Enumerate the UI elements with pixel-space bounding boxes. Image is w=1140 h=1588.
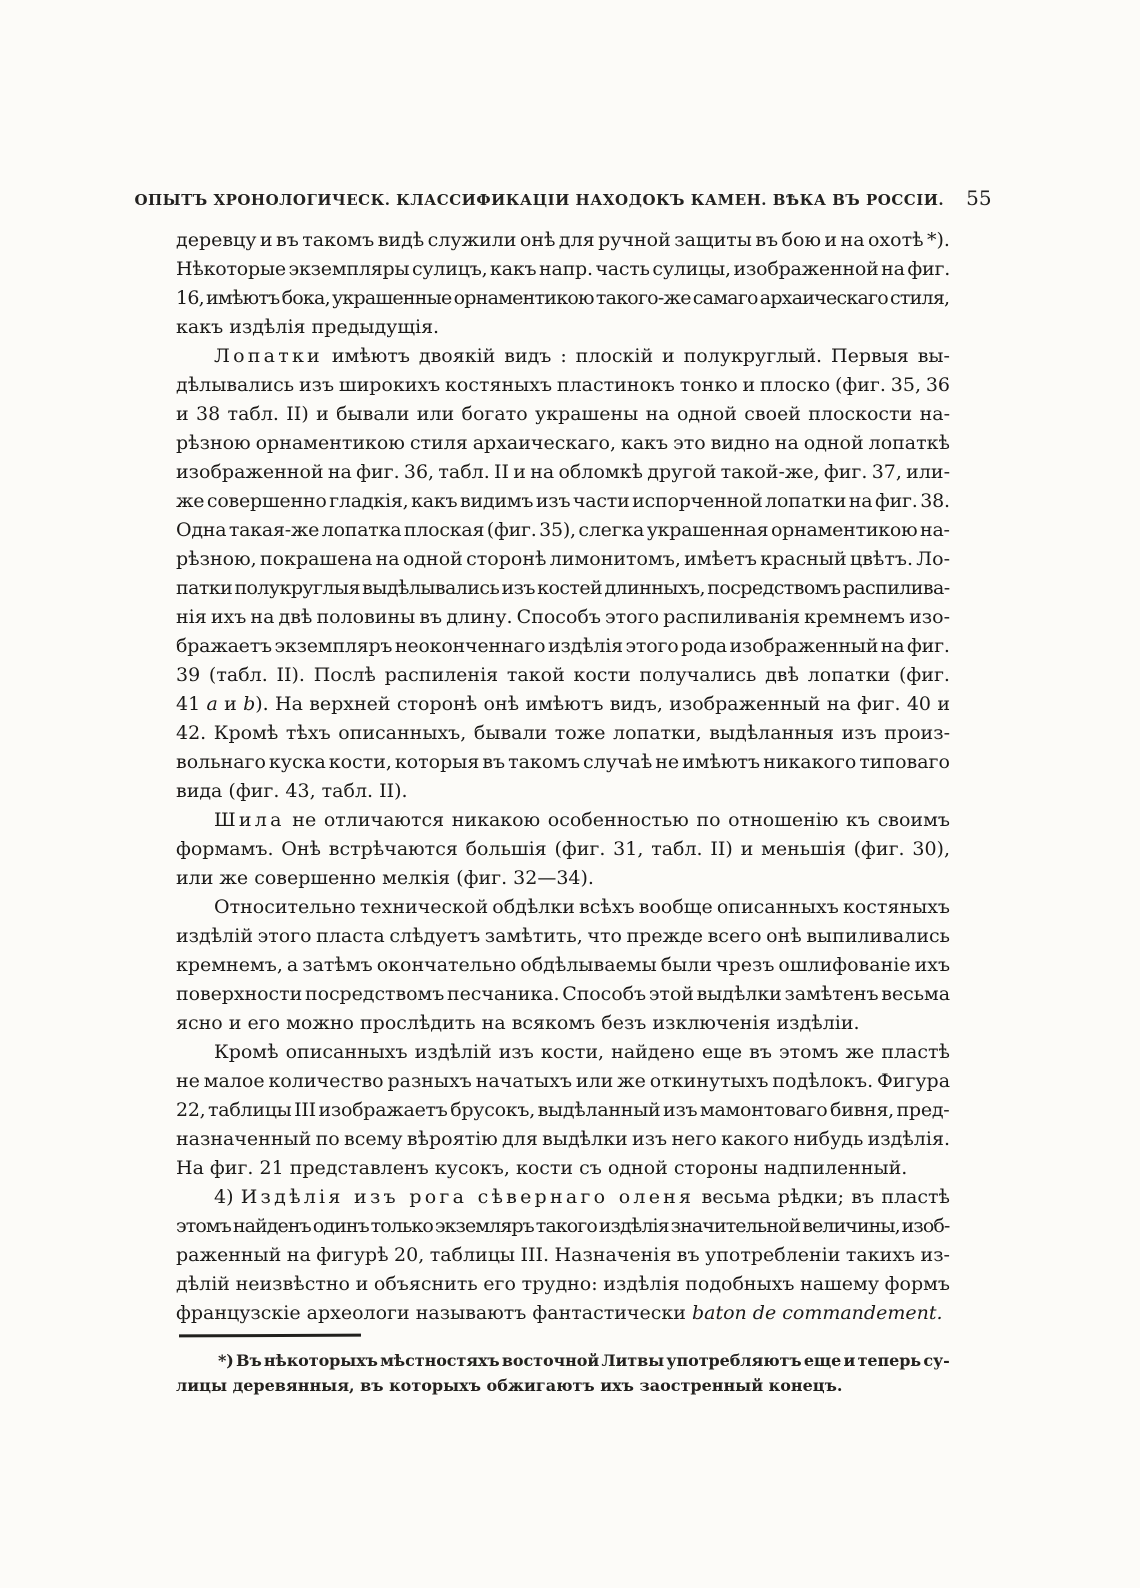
text-segment: *) Въ нѣкоторыхъ мѣстностяхъ восточной Л… <box>218 1351 950 1370</box>
text-segment: Нѣкоторые экземпляры сулицъ, какъ напр. … <box>176 258 950 280</box>
text-line: и 38 табл. II) и бывали или богато украш… <box>176 400 950 429</box>
italic-text: baton de commandement. <box>692 1302 943 1324</box>
text-line: ясно и его можно прослѣдить на всякомъ б… <box>176 1009 950 1038</box>
text-line-content: 22, таблицы III изображаетъ брусокъ, выд… <box>176 1099 949 1121</box>
text-segment: формамъ. Онѣ встрѣчаются большія (фиг. 3… <box>176 838 950 860</box>
text-line-content: деревцу и въ такомъ видѣ служили онѣ для… <box>176 229 950 251</box>
text-segment: же совершенно гладкія, какъ видимъ изъ ч… <box>176 490 950 512</box>
text-line-content: нія ихъ на двѣ половины въ длину. Способ… <box>176 606 950 628</box>
footnote-separator-rule <box>179 1334 361 1338</box>
text-line: 39 (табл. II). Послѣ распиленія такой ко… <box>176 661 950 690</box>
text-segment: вольнаго куска кости, которыя въ такомъ … <box>176 751 950 773</box>
text-segment: весьма рѣдки; въ пластѣ <box>694 1186 950 1208</box>
text-segment: поверхности посредствомъ песчаника. Спос… <box>176 983 950 1005</box>
text-segment: рѣзною орнаментикою стиля архаическаго, … <box>176 432 950 454</box>
text-line: кремнемъ, а затѣмъ окончательно обдѣлыва… <box>176 951 950 980</box>
text-line-content: Лопатки имѣютъ двоякій видъ : плоскій и … <box>214 345 950 367</box>
text-line: дѣлывались изъ широкихъ костяныхъ пласти… <box>176 371 950 400</box>
paragraph: *) Въ нѣкоторыхъ мѣстностяхъ восточной Л… <box>176 1348 950 1398</box>
text-line: 42. Кромѣ тѣхъ описанныхъ, бывали тоже л… <box>176 719 950 748</box>
text-line-content: вида (фиг. 43, табл. II). <box>176 780 408 802</box>
text-line-content: 41 a и b). На верхней сторонѣ онѣ имѣютъ… <box>176 693 950 715</box>
text-line: Относительно технической обдѣлки всѣхъ в… <box>176 893 950 922</box>
paragraph: Шила не отличаются никакою особенностью … <box>176 806 950 893</box>
text-line-content: раженный на фигурѣ 20, таблицы III. Назн… <box>176 1244 950 1266</box>
text-line-content: поверхности посредствомъ песчаника. Спос… <box>176 983 950 1005</box>
text-line: дѣлій неизвѣстно и объяснить его трудно:… <box>176 1270 950 1299</box>
text-segment: изображенной на фиг. 36, табл. II и на о… <box>176 461 950 483</box>
text-line-content: формамъ. Онѣ встрѣчаются большія (фиг. 3… <box>176 838 950 860</box>
text-segment: ). На верхней сторонѣ онѣ имѣютъ видъ, и… <box>255 693 950 715</box>
running-header: ОПЫТЪ ХРОНОЛОГИЧЕСК. КЛАССИФИКАЦІИ НАХОД… <box>176 186 950 210</box>
text-line: патки полукруглыя выдѣлывались изъ косте… <box>176 574 950 603</box>
text-line-content: этомъ найденъ одинъ только экземляръ так… <box>176 1215 949 1237</box>
text-line: же совершенно гладкія, какъ видимъ изъ ч… <box>176 487 950 516</box>
text-line-content: не малое количество разныхъ начатыхъ или… <box>176 1070 950 1092</box>
text-segment: какъ издѣлія предыдущія. <box>176 316 439 338</box>
text-segment: дѣлывались изъ широкихъ костяныхъ пласти… <box>176 374 950 396</box>
paragraph: деревцу и въ такомъ видѣ служили онѣ для… <box>176 226 950 342</box>
text-line-content: лицы деревянныя, въ которыхъ обжигаютъ и… <box>176 1376 842 1395</box>
text-segment: или же совершенно мелкія (фиг. 32—34). <box>176 867 594 889</box>
text-line: назначенный по всему вѣроятію для выдѣлк… <box>176 1125 950 1154</box>
book-page: ОПЫТЪ ХРОНОЛОГИЧЕСК. КЛАССИФИКАЦІИ НАХОД… <box>0 0 1140 1588</box>
text-segment: ясно и его можно прослѣдить на всякомъ б… <box>176 1012 860 1034</box>
text-line-content: рѣзною орнаментикою стиля архаическаго, … <box>176 432 950 454</box>
text-line: этомъ найденъ одинъ только экземляръ так… <box>176 1212 950 1241</box>
text-segment: французскіе археологи называютъ фантасти… <box>176 1302 692 1324</box>
text-line: рѣзною, покрашена на одной сторонѣ лимон… <box>176 545 950 574</box>
paragraph: Лопатки имѣютъ двоякій видъ : плоскій и … <box>176 342 950 806</box>
text-line-content: Относительно технической обдѣлки всѣхъ в… <box>214 896 950 918</box>
text-segment: патки полукруглыя выдѣлывались изъ косте… <box>176 577 950 599</box>
text-segment: назначенный по всему вѣроятію для выдѣлк… <box>176 1128 950 1150</box>
text-line: вольнаго куска кости, которыя въ такомъ … <box>176 748 950 777</box>
text-line: 22, таблицы III изображаетъ брусокъ, выд… <box>176 1096 950 1125</box>
text-segment: рѣзною, покрашена на одной сторонѣ лимон… <box>176 548 950 570</box>
text-segment: этомъ найденъ одинъ только экземляръ так… <box>176 1215 949 1237</box>
text-line: бражаетъ экземпляръ неоконченнаго издѣлі… <box>176 632 950 661</box>
text-segment: деревцу и въ такомъ видѣ служили онѣ для… <box>176 229 950 251</box>
text-line: формамъ. Онѣ встрѣчаются большія (фиг. 3… <box>176 835 950 864</box>
text-segment: не отличаются никакою особенностью по от… <box>285 809 950 831</box>
text-line: деревцу и въ такомъ видѣ служили онѣ для… <box>176 226 950 255</box>
text-segment: вида (фиг. 43, табл. II). <box>176 780 408 802</box>
text-segment: бражаетъ экземпляръ неоконченнаго издѣлі… <box>176 635 950 657</box>
footnote: *) Въ нѣкоторыхъ мѣстностяхъ восточной Л… <box>176 1348 950 1398</box>
text-line: издѣлій этого пласта слѣдуетъ замѣтить, … <box>176 922 950 951</box>
text-segment: 42. Кромѣ тѣхъ описанныхъ, бывали тоже л… <box>176 722 950 744</box>
text-line: Кромѣ описанныхъ издѣлій изъ кости, найд… <box>176 1038 950 1067</box>
text-segment: издѣлій этого пласта слѣдуетъ замѣтить, … <box>176 925 950 947</box>
text-line-content: вольнаго куска кости, которыя въ такомъ … <box>176 751 950 773</box>
text-segment: нія ихъ на двѣ половины въ длину. Способ… <box>176 606 950 628</box>
text-line: какъ издѣлія предыдущія. <box>176 313 950 342</box>
text-line-content: или же совершенно мелкія (фиг. 32—34). <box>176 867 594 889</box>
italic-text: a <box>206 693 217 715</box>
text-segment: не малое количество разныхъ начатыхъ или… <box>176 1070 950 1092</box>
text-line: лицы деревянныя, въ которыхъ обжигаютъ и… <box>176 1373 950 1398</box>
text-segment: 22, таблицы III изображаетъ брусокъ, выд… <box>176 1099 949 1121</box>
text-line-content: патки полукруглыя выдѣлывались изъ косте… <box>176 577 950 599</box>
text-line-content: дѣлывались изъ широкихъ костяныхъ пласти… <box>176 374 950 396</box>
text-line-content: издѣлій этого пласта слѣдуетъ замѣтить, … <box>176 925 950 947</box>
text-line-content: и 38 табл. II) и бывали или богато украш… <box>176 403 950 425</box>
paragraph: Относительно технической обдѣлки всѣхъ в… <box>176 893 950 1038</box>
text-line-content: рѣзною, покрашена на одной сторонѣ лимон… <box>176 548 950 570</box>
text-segment: и <box>218 693 243 715</box>
text-segment: имѣютъ двоякій видъ : плоскій и полукруг… <box>323 345 950 367</box>
text-line: изображенной на фиг. 36, табл. II и на о… <box>176 458 950 487</box>
text-segment: дѣлій неизвѣстно и объяснить его трудно:… <box>176 1273 950 1295</box>
text-line: или же совершенно мелкія (фиг. 32—34). <box>176 864 950 893</box>
text-line-content: *) Въ нѣкоторыхъ мѣстностяхъ восточной Л… <box>218 1351 950 1370</box>
text-line-content: 42. Кромѣ тѣхъ описанныхъ, бывали тоже л… <box>176 722 950 744</box>
text-line: Шила не отличаются никакою особенностью … <box>176 806 950 835</box>
text-line-content: 39 (табл. II). Послѣ распиленія такой ко… <box>176 664 950 686</box>
text-line: французскіе археологи называютъ фантасти… <box>176 1299 950 1328</box>
text-segment: Кромѣ описанныхъ издѣлій изъ кости, найд… <box>214 1041 950 1063</box>
text-segment: и 38 табл. II) и бывали или богато украш… <box>176 403 950 425</box>
text-line-content: какъ издѣлія предыдущія. <box>176 316 439 338</box>
text-line: рѣзною орнаментикою стиля архаическаго, … <box>176 429 950 458</box>
text-line-content: дѣлій неизвѣстно и объяснить его трудно:… <box>176 1273 950 1295</box>
text-line: вида (фиг. 43, табл. II). <box>176 777 950 806</box>
text-segment: 4) <box>214 1186 241 1208</box>
text-segment: На фиг. 21 представленъ кусокъ, кости съ… <box>176 1157 907 1179</box>
page-body: деревцу и въ такомъ видѣ служили онѣ для… <box>176 226 950 1328</box>
text-segment: кремнемъ, а затѣмъ окончательно обдѣлыва… <box>176 954 950 976</box>
text-line-content: кремнемъ, а затѣмъ окончательно обдѣлыва… <box>176 954 950 976</box>
text-line: Лопатки имѣютъ двоякій видъ : плоскій и … <box>176 342 950 371</box>
text-segment: Одна такая-же лопатка плоская (фиг. 35),… <box>176 519 950 541</box>
italic-text: b <box>243 693 255 715</box>
text-line-content: изображенной на фиг. 36, табл. II и на о… <box>176 461 950 483</box>
text-line: 41 a и b). На верхней сторонѣ онѣ имѣютъ… <box>176 690 950 719</box>
text-line-content: назначенный по всему вѣроятію для выдѣлк… <box>176 1128 950 1150</box>
text-line-content: французскіе археологи называютъ фантасти… <box>176 1302 943 1324</box>
text-line: На фиг. 21 представленъ кусокъ, кости съ… <box>176 1154 950 1183</box>
text-line-content: Нѣкоторые экземпляры сулицъ, какъ напр. … <box>176 258 950 280</box>
letterspaced-text: Лопатки <box>214 345 323 367</box>
text-segment: 16, имѣютъ бока, украшенные орнаментикою… <box>176 287 949 309</box>
page-number: 55 <box>966 186 991 210</box>
text-line-content: Кромѣ описанныхъ издѣлій изъ кости, найд… <box>214 1041 950 1063</box>
paragraph: 4) Издѣлія изъ рога сѣвернаго оленя весь… <box>176 1183 950 1328</box>
text-line: 4) Издѣлія изъ рога сѣвернаго оленя весь… <box>176 1183 950 1212</box>
text-line-content: 4) Издѣлія изъ рога сѣвернаго оленя весь… <box>214 1186 950 1208</box>
letterspaced-text: Издѣлія изъ рога сѣвернаго оленя <box>241 1186 695 1208</box>
text-segment: 39 (табл. II). Послѣ распиленія такой ко… <box>176 664 950 686</box>
text-line: Одна такая-же лопатка плоская (фиг. 35),… <box>176 516 950 545</box>
text-line-content: 16, имѣютъ бока, украшенные орнаментикою… <box>176 287 949 309</box>
text-line: раженный на фигурѣ 20, таблицы III. Назн… <box>176 1241 950 1270</box>
text-line: нія ихъ на двѣ половины въ длину. Способ… <box>176 603 950 632</box>
text-line: поверхности посредствомъ песчаника. Спос… <box>176 980 950 1009</box>
text-line-content: бражаетъ экземпляръ неоконченнаго издѣлі… <box>176 635 950 657</box>
text-line-content: Шила не отличаются никакою особенностью … <box>214 809 950 831</box>
text-line: *) Въ нѣкоторыхъ мѣстностяхъ восточной Л… <box>176 1348 950 1373</box>
text-segment: 41 <box>176 693 206 715</box>
text-line-content: Одна такая-же лопатка плоская (фиг. 35),… <box>176 519 950 541</box>
text-segment: Относительно технической обдѣлки всѣхъ в… <box>214 896 950 918</box>
letterspaced-text: Шила <box>214 809 285 831</box>
text-line: Нѣкоторые экземпляры сулицъ, какъ напр. … <box>176 255 950 284</box>
running-header-title: ОПЫТЪ ХРОНОЛОГИЧЕСК. КЛАССИФИКАЦІИ НАХОД… <box>134 191 944 209</box>
text-line: 16, имѣютъ бока, украшенные орнаментикою… <box>176 284 950 313</box>
text-segment: лицы деревянныя, въ которыхъ обжигаютъ и… <box>176 1376 842 1395</box>
paragraph: Кромѣ описанныхъ издѣлій изъ кости, найд… <box>176 1038 950 1183</box>
text-segment: раженный на фигурѣ 20, таблицы III. Назн… <box>176 1244 950 1266</box>
text-line-content: На фиг. 21 представленъ кусокъ, кости съ… <box>176 1157 907 1179</box>
text-line-content: ясно и его можно прослѣдить на всякомъ б… <box>176 1012 860 1034</box>
text-line-content: же совершенно гладкія, какъ видимъ изъ ч… <box>176 490 950 512</box>
text-line: не малое количество разныхъ начатыхъ или… <box>176 1067 950 1096</box>
